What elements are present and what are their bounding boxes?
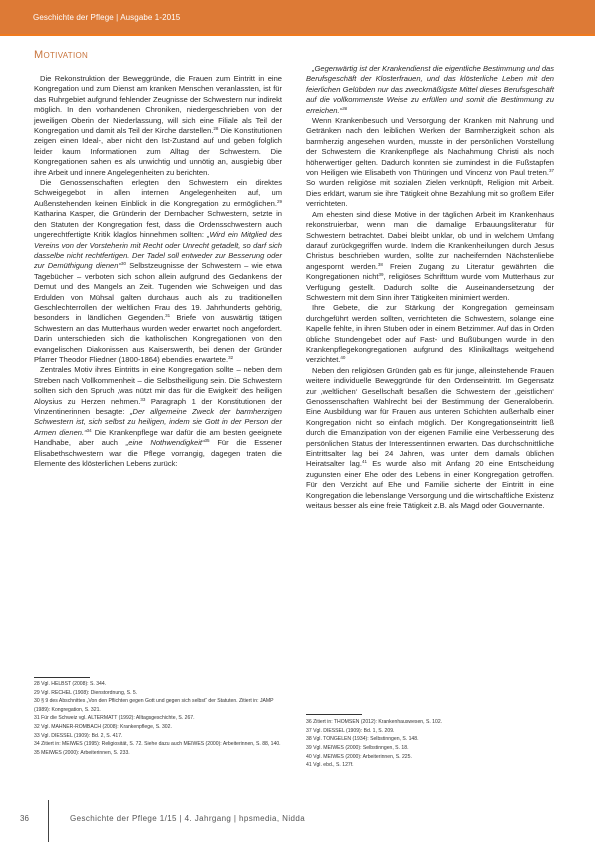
footnotes-right: 36 Zitiert in: THOMSEN (2012): Krankenha…	[306, 718, 556, 770]
footnote-divider	[306, 714, 362, 715]
footnote: 38 Vgl. TONGELEN (1934): Selbstinngen, S…	[306, 735, 556, 743]
footer-text: Geschichte der Pflege 1/15 | 4. Jahrgang…	[70, 814, 305, 823]
paragraph: Zentrales Motiv ihres Eintritts in eine …	[34, 365, 282, 469]
inline-quote: „eine Nothwendigkeit“	[126, 438, 205, 447]
footnote: 32 Vgl. MAHNER-ROMBACH (2008): Krankenpf…	[34, 723, 284, 731]
footnote: 29 Vgl. RECHEL (1908): Dienstordnung, S.…	[34, 689, 284, 697]
footer-divider	[48, 800, 49, 842]
paragraph: Die Rekonstruktion der Beweggründe, die …	[34, 74, 282, 178]
header-bar: Geschichte der Pflege | Ausgabe 1-2015	[0, 0, 595, 36]
paragraph: Neben den religiösen Gründen gab es für …	[306, 366, 554, 512]
paragraph: Wenn Krankenbesuch und Versorgung der Kr…	[306, 116, 554, 210]
footnote-ref[interactable]: 32	[228, 355, 233, 360]
paragraph-text: Neben den religiösen Gründen gab es für …	[306, 366, 554, 469]
footnote: 34 Zitiert in: MEIWES (1995): Religiosit…	[34, 740, 284, 748]
footnotes-left: 28 Vgl. HELBST (2008): S. 344. 29 Vgl. R…	[34, 680, 284, 758]
footnote: 36 Zitiert in: THOMSEN (2012): Krankenha…	[306, 718, 556, 726]
paragraph: Am ehesten sind diese Motive in der tägl…	[306, 210, 554, 304]
footnote-divider	[34, 677, 90, 678]
paragraph-text: Die Genossenschaften erlegten den Schwes…	[34, 178, 282, 208]
footnote-ref[interactable]: 29	[277, 199, 282, 204]
block-quote: „Gegenwärtig ist der Krankendienst die e…	[306, 64, 554, 116]
paragraph-text: So wurden religiöse mit sozialen Zielen …	[306, 178, 554, 208]
footnote: 31 Für die Schweiz vgl. ALTERMATT (1992)…	[34, 714, 284, 722]
section-title: Motivation	[34, 49, 88, 61]
left-column: Die Rekonstruktion der Beweggründe, die …	[34, 74, 282, 469]
footnote: 33 Vgl. DIESSEL (1909): Bd. 2, S. 417.	[34, 732, 284, 740]
right-column: „Gegenwärtig ist der Krankendienst die e…	[306, 64, 554, 511]
footnote: 28 Vgl. HELBST (2008): S. 344.	[34, 680, 284, 688]
footnote: 40 Vgl. MEIWES (2000): Arbeiterinnen, S.…	[306, 753, 556, 761]
running-title: Geschichte der Pflege | Ausgabe 1-2015	[33, 13, 180, 22]
footnote: 37 Vgl. DIESSEL (1909): Bd. 1, S. 209.	[306, 727, 556, 735]
footnote: 39 Vgl. MEIWES (2000): Selbstinngen, S. …	[306, 744, 556, 752]
footnote-ref[interactable]: 37	[549, 168, 554, 173]
paragraph: Ihre Gebete, die zur Stärkung der Kongre…	[306, 303, 554, 365]
paragraph: Die Genossenschaften erlegten den Schwes…	[34, 178, 282, 365]
footnote: 30 § 9 des Abschnittes „Von den Pflichte…	[34, 697, 284, 714]
footnote-ref[interactable]: 36	[342, 106, 347, 111]
paragraph-text: Wenn Krankenbesuch und Versorgung der Kr…	[306, 116, 554, 177]
footnote-ref[interactable]: 40	[340, 355, 345, 360]
footnote: 41 Vgl. ebd., S. 127f.	[306, 761, 556, 769]
page-number: 36	[20, 814, 29, 823]
footnote: 35 MEIWES (2000): Arbeiterinnen, S. 233.	[34, 749, 284, 757]
